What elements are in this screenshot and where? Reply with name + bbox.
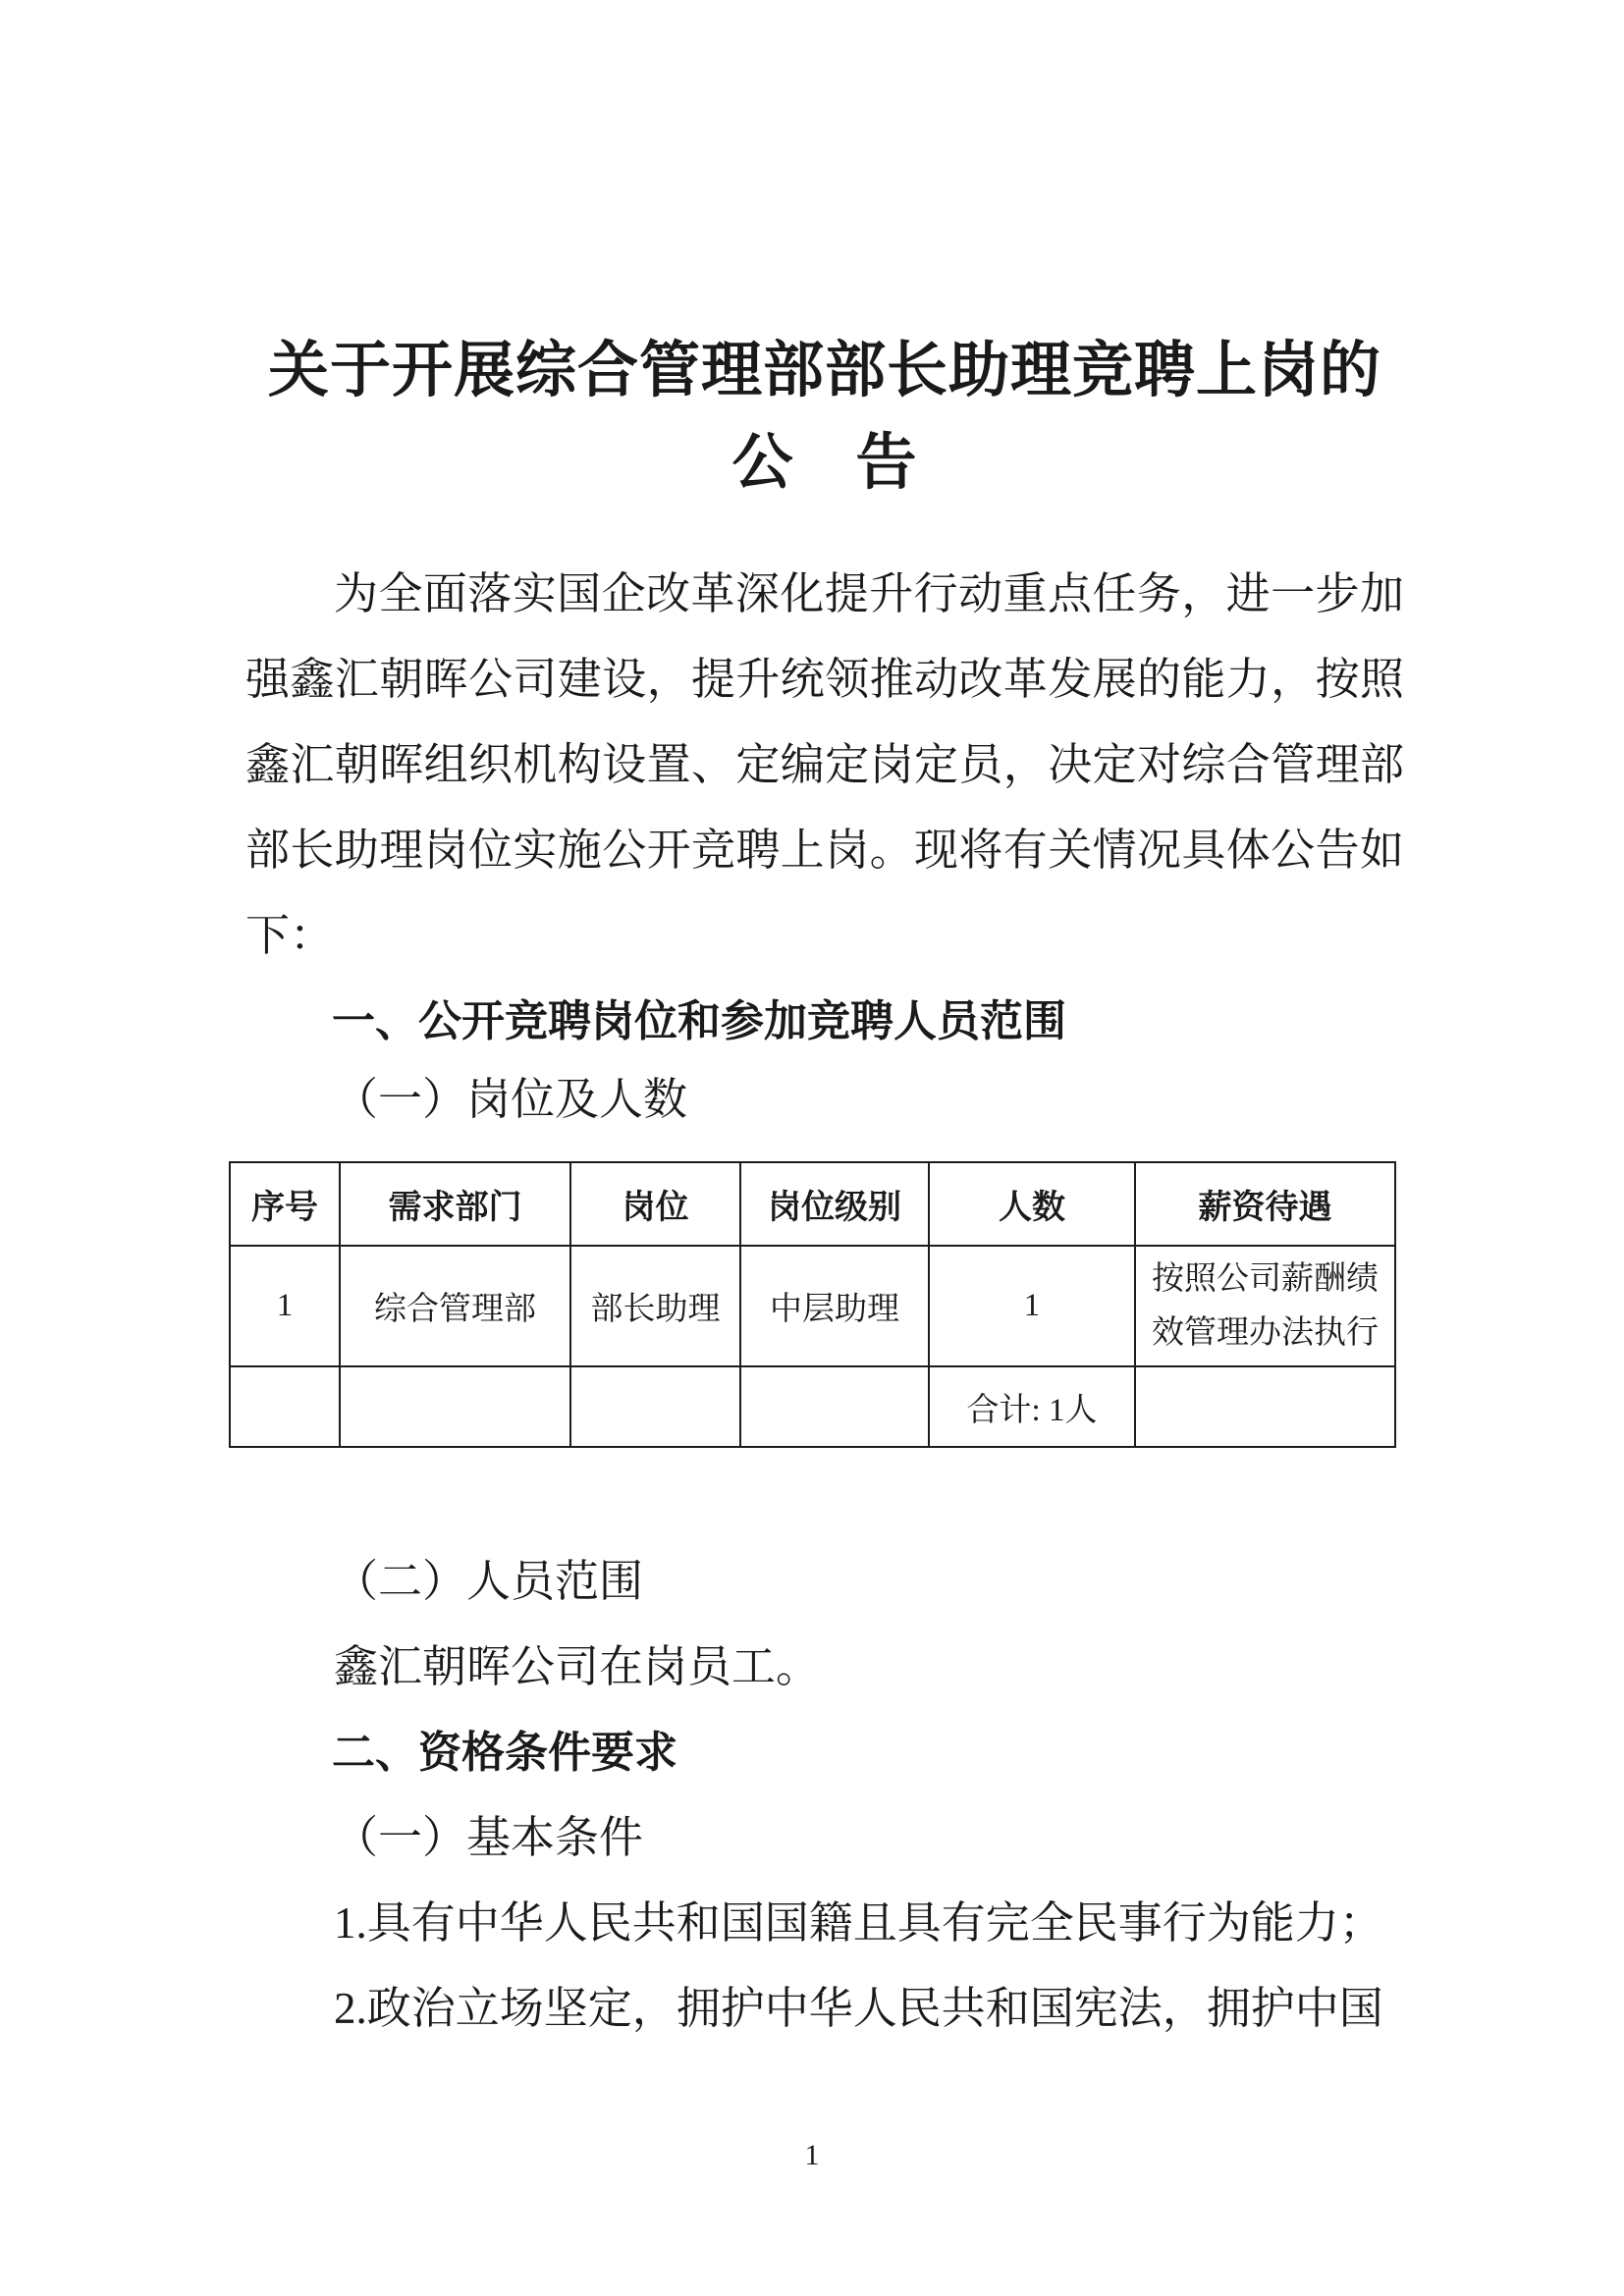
condition-item-2: 2.政治立场坚定，拥护中华人民共和国宪法，拥护中国 [245,1966,1404,2052]
cell-empty [1135,1366,1395,1447]
cell-position: 部长助理 [570,1246,740,1366]
table-row-position-1: 1 综合管理部 部长助理 中层助理 1 按照公司薪酬绩效管理办法执行 [230,1246,1395,1366]
table-header-cell-position: 岗位 [570,1162,740,1246]
cell-seq: 1 [230,1246,340,1366]
cell-headcount: 1 [929,1246,1135,1366]
table-header-cell-salary: 薪资待遇 [1135,1162,1395,1246]
document-title: 关于开展综合管理部部长助理竞聘上岗的 公 告 [245,325,1404,509]
cell-empty [570,1366,740,1447]
scope-text: 鑫汇朝晖公司在岗员工。 [245,1625,1404,1710]
cell-empty [230,1366,340,1447]
title-line-1: 关于开展综合管理部部长助理竞聘上岗的 [245,325,1404,417]
condition-item-1: 1.具有中华人民共和国国籍且具有完全民事行为能力； [245,1881,1404,1966]
cell-department: 综合管理部 [340,1246,570,1366]
title-line-2: 公 告 [245,417,1404,509]
positions-table: 序号 需求部门 岗位 岗位级别 人数 薪资待遇 1 综合管理部 部长助理 中层助… [229,1161,1396,1448]
section-1-heading: 一、公开竞聘岗位和参加竞聘人员范围 [245,979,1404,1064]
intro-paragraph: 为全面落实国企改革深化提升行动重点任务，进一步加强鑫汇朝晖公司建设，提升统领推动… [245,552,1404,979]
table-header-cell-headcount: 人数 [929,1162,1135,1246]
document-page: 关于开展综合管理部部长助理竞聘上岗的 公 告 为全面落实国企改革深化提升行动重点… [0,0,1624,2296]
document-content: 关于开展综合管理部部长助理竞聘上岗的 公 告 为全面落实国企改革深化提升行动重点… [245,0,1404,2052]
section-2-heading: 二、资格条件要求 [245,1710,1404,1795]
section-1-subheading-scope: （二）人员范围 [245,1539,1404,1625]
table-header-row: 序号 需求部门 岗位 岗位级别 人数 薪资待遇 [230,1162,1395,1246]
cell-salary: 按照公司薪酬绩效管理办法执行 [1135,1246,1395,1366]
cell-total: 合计: 1人 [929,1366,1135,1447]
section-1-subheading-positions: （一）岗位及人数 [245,1057,1404,1143]
section-2-subheading-basic: （一）基本条件 [245,1795,1404,1881]
table-header-cell-department: 需求部门 [340,1162,570,1246]
cell-empty [340,1366,570,1447]
table-header-cell-seq: 序号 [230,1162,340,1246]
cell-empty [740,1366,929,1447]
table-row-total: 合计: 1人 [230,1366,1395,1447]
table-header-cell-level: 岗位级别 [740,1162,929,1246]
page-number: 1 [0,2138,1624,2173]
cell-level: 中层助理 [740,1246,929,1366]
